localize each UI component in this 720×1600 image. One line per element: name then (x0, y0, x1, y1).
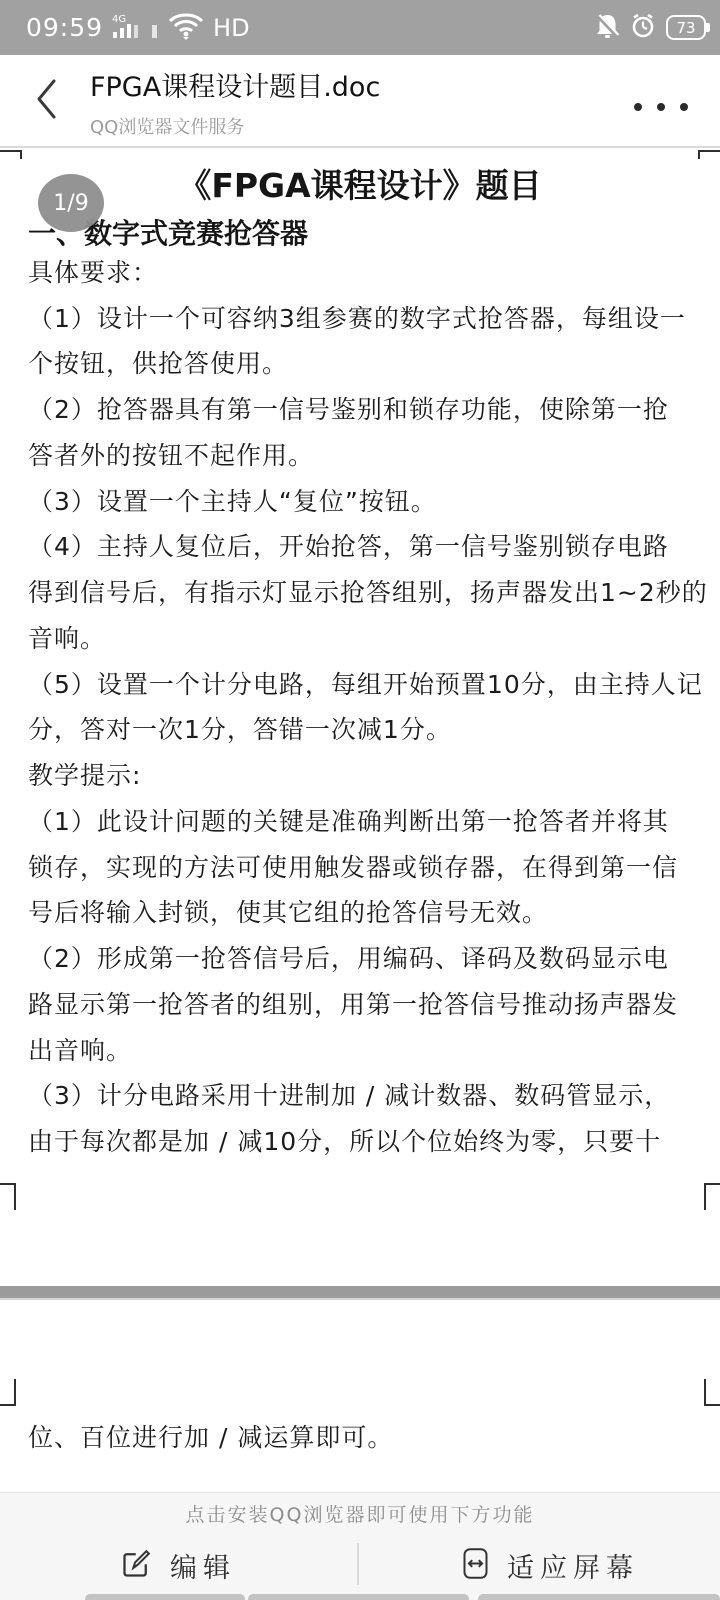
edit-button[interactable]: 编辑 (122, 1543, 236, 1587)
text-line: 由于每次都是加 / 减10分，所以个位始终为零，只要十 (28, 1117, 706, 1163)
text-line: （3）设置一个主持人“复位”按钮。 (28, 477, 706, 523)
edit-label: 编辑 (170, 1546, 236, 1585)
toolbar-divider (357, 1543, 359, 1585)
hd-badge: HD (213, 14, 250, 42)
cellular-signal-icon: 4G (112, 13, 142, 43)
network-type-label: 4G (112, 14, 126, 25)
more-menu-button[interactable] (634, 103, 688, 111)
page2-top-right-margin-mark (704, 1379, 720, 1406)
battery-percent: 73 (676, 19, 695, 37)
text-line: （4）主持人复位后，开始抢答，第一信号鉴别锁存电路 (28, 523, 706, 569)
text-line: （1）此设计问题的关键是准确判断出第一抢答者并将其 (28, 797, 706, 843)
hidden-action-button[interactable] (248, 1594, 469, 1600)
chevron-left-icon (34, 75, 60, 127)
text-line: 分，答对一次1分，答错一次减1分。 (28, 706, 706, 752)
text-line: 出音响。 (28, 1026, 706, 1072)
install-browser-banner[interactable]: 点击安装QQ浏览器即可使用下方功能 (0, 1500, 720, 1527)
notifications-muted-icon (595, 13, 620, 43)
text-line: 号后将输入封锁，使其它组的抢答信号无效。 (28, 889, 706, 935)
fit-screen-label: 适应屏幕 (507, 1546, 639, 1585)
file-source-subtitle: QQ浏览器文件服务 (90, 113, 590, 139)
page1-bottom-left-margin-mark (0, 1183, 16, 1210)
text-line: （2）抢答器具有第一信号鉴别和锁存功能，使除第一抢 (28, 385, 706, 431)
text-line: 具体要求： (28, 248, 706, 294)
page2-text-line: 位、百位进行加 / 减运算即可。 (28, 1414, 393, 1458)
page1-top-left-margin-mark (0, 150, 22, 159)
back-button[interactable] (34, 75, 64, 127)
text-line: 音响。 (28, 614, 706, 660)
header: FPGA课程设计题目.doc QQ浏览器文件服务 (0, 55, 720, 146)
text-line: 路显示第一抢答者的组别，用第一抢答信号推动扬声器发 (28, 980, 706, 1026)
page1-bottom-right-margin-mark (704, 1183, 720, 1210)
pencil-square-icon (122, 1548, 152, 1582)
text-line: 教学提示: (28, 751, 706, 797)
page1-text: 具体要求： （1）设计一个可容纳3组参赛的数字式抢答器，每组设一 个按钮，供抢答… (28, 248, 706, 1163)
hidden-action-button[interactable] (478, 1594, 720, 1600)
text-line: 个按钮，供抢答使用。 (28, 340, 706, 386)
page-indicator-badge: 1/9 (38, 174, 104, 232)
file-title: FPGA课程设计题目.doc (90, 65, 590, 104)
dot-icon (657, 103, 665, 111)
page-top-edge (0, 146, 720, 148)
text-line: （3）计分电路采用十进制加 / 减计数器、数码管显示， (28, 1072, 706, 1118)
battery-indicator: 73 (666, 15, 706, 40)
text-line: （1）设计一个可容纳3组参赛的数字式抢答器，每组设一 (28, 294, 706, 340)
text-line: （5）设置一个计分电路，每组开始预置10分，由主持人记 (28, 660, 706, 706)
status-right-cluster: 73 (595, 0, 706, 55)
text-line: （2）形成第一抢答信号后，用编码、译码及数码显示电 (28, 934, 706, 980)
header-title-block: FPGA课程设计题目.doc QQ浏览器文件服务 (90, 65, 590, 139)
page2-top-left-margin-mark (0, 1379, 16, 1406)
page-break-separator (0, 1286, 720, 1300)
status-bar: 09:59 4G (0, 0, 720, 55)
fit-screen-button[interactable]: 适应屏幕 (462, 1543, 639, 1587)
text-line: 锁存，实现的方法可使用触发器或锁存器，在得到第一信 (28, 843, 706, 889)
document-viewport[interactable]: 1/9 《FPGA课程设计》题目 一、数字式竞赛抢答器 具体要求： （1）设计一… (0, 146, 720, 1492)
footer-toolbar: 点击安装QQ浏览器即可使用下方功能 编辑 适应屏幕 (0, 1492, 720, 1600)
fit-width-icon (462, 1547, 489, 1584)
screen: 09:59 4G (0, 0, 720, 1600)
page1-top-right-margin-mark (698, 150, 720, 159)
status-left-cluster: 09:59 4G (26, 0, 250, 55)
text-line: 得到信号后，有指示灯显示抢答组别，扬声器发出1~2秒的 (28, 568, 706, 614)
text-line: 答者外的按钮不起作用。 (28, 431, 706, 477)
dot-icon (680, 103, 688, 111)
alarm-clock-icon (630, 13, 656, 43)
sim2-signal-icon (151, 13, 159, 43)
wifi-icon (168, 12, 204, 44)
document-title: 《FPGA课程设计》题目 (0, 160, 720, 207)
hidden-action-button[interactable] (85, 1594, 245, 1600)
clock-time: 09:59 (26, 13, 103, 42)
dot-icon (634, 103, 642, 111)
